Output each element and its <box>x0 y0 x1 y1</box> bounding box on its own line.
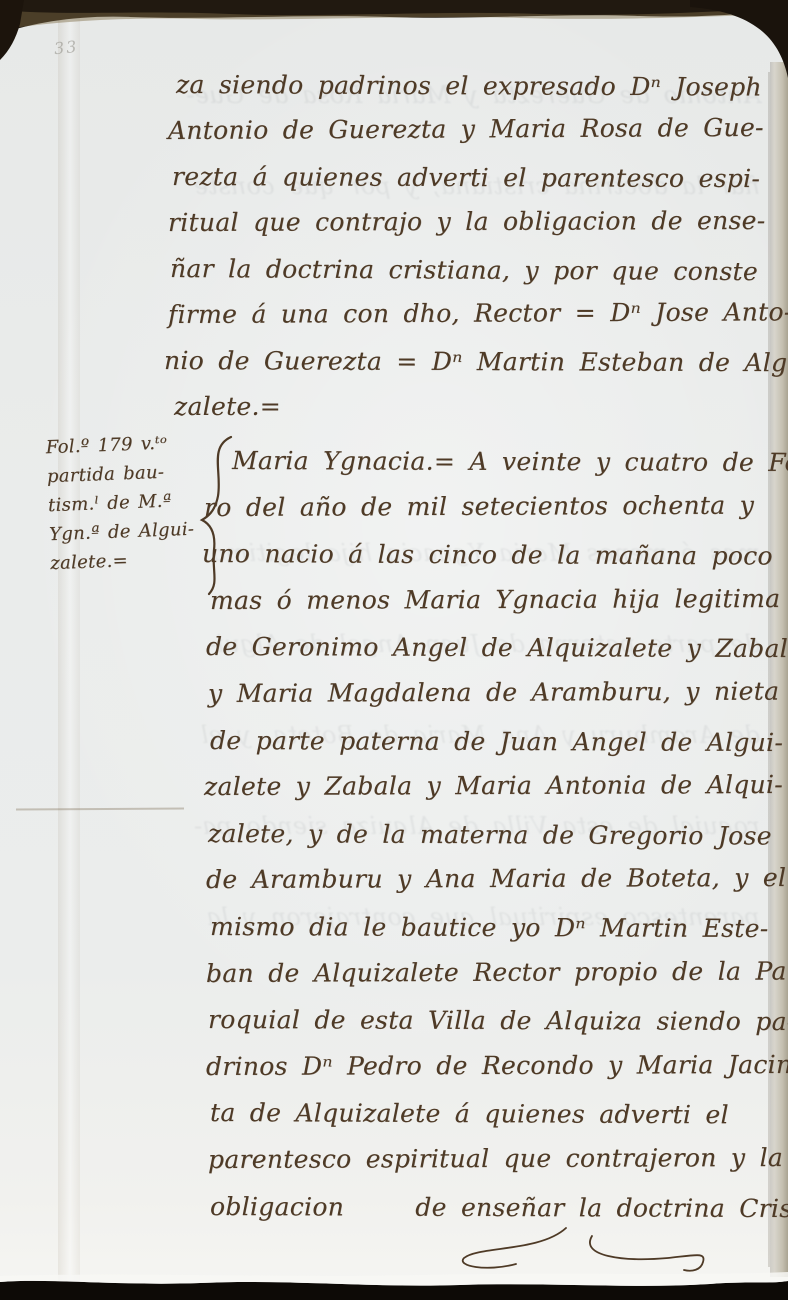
manuscript-line: nio de Guerezta = Dⁿ Martin Esteban de A… <box>164 338 768 386</box>
previous-entry-paragraph: za siendo padrinos el expresado Dⁿ Josep… <box>168 62 768 430</box>
manuscript-line: ritual que contrajo y la obligacion de e… <box>168 198 768 246</box>
manuscript-line: drinos Dⁿ Pedro de Recondo y Maria Jacin… <box>206 1042 772 1091</box>
pencil-folio-number: 33 <box>53 37 79 58</box>
left-fold-ridge <box>58 12 80 1287</box>
manuscript-line: Antonio de Guerezta y Maria Rosa de Gue- <box>168 105 768 154</box>
manuscript-line: uno nacio á las cinco de la mañana poco <box>202 531 772 580</box>
manuscript-line: zalete, y de la materna de Gregorio Jose <box>208 811 772 860</box>
left-deckle-edge <box>0 12 46 1287</box>
manuscript-line: ro del año de mil setecientos ochenta y <box>204 482 772 531</box>
manuscript-line: ñar la doctrina cristiana, y por que con… <box>170 246 768 295</box>
margin-note-line: zalete.= <box>50 543 219 578</box>
manuscript-scan: 33 Antonio de Guerezta y Maria Rosa de G… <box>0 0 788 1300</box>
manuscript-line: de Geronimo Angel de Alquizalete y Zabal… <box>206 624 772 673</box>
manuscript-line: ban de Alquizalete Rector propio de la P… <box>206 948 772 997</box>
paper-sheet: 33 Antonio de Guerezta y Maria Rosa de G… <box>0 12 788 1287</box>
manuscript-line: rezta á quienes adverti el parentesco es… <box>172 154 768 202</box>
manuscript-line: za siendo padrinos el expresado Dⁿ Josep… <box>176 62 768 111</box>
manuscript-line: Maria Ygnacia.= A veinte y cuatro de Feb… <box>232 438 772 486</box>
manuscript-line: zalete.= <box>174 384 768 430</box>
manuscript-line: parentesco espiritual que contrajeron y … <box>208 1135 772 1184</box>
manuscript-line: obligacion de enseñar la doctrina Cristi… <box>210 1184 772 1233</box>
manuscript-line: ta de Alquizalete á quienes adverti el <box>210 1090 772 1139</box>
baptism-entry-paragraph: Maria Ygnacia.= A veinte y cuatro de Feb… <box>216 438 772 1230</box>
right-page-stack-edge <box>770 62 788 1277</box>
margin-note: Fol.º 179 v.ᵗᵒ partida bau- tism.ˡ de M.… <box>45 427 218 578</box>
paper-scratch <box>16 808 184 811</box>
manuscript-line: mas ó menos Maria Ygnacia hija legitima <box>210 576 772 625</box>
manuscript-line: de parte paterna de Juan Angel de Algui- <box>210 718 772 767</box>
manuscript-line: roquial de esta Villa de Alquiza siendo … <box>208 997 772 1046</box>
manuscript-line: firme á una con dho, Rector = Dⁿ Jose An… <box>168 289 768 338</box>
manuscript-line: de Aramburu y Ana Maria de Boteta, y el <box>206 855 772 904</box>
manuscript-line: mismo dia le bautice yo Dⁿ Martin Este- <box>210 904 772 953</box>
manuscript-line: zalete y Zabala y Maria Antonia de Alqui… <box>204 762 772 811</box>
manuscript-line: y Maria Magdalena de Aramburu, y nieta <box>208 669 772 718</box>
